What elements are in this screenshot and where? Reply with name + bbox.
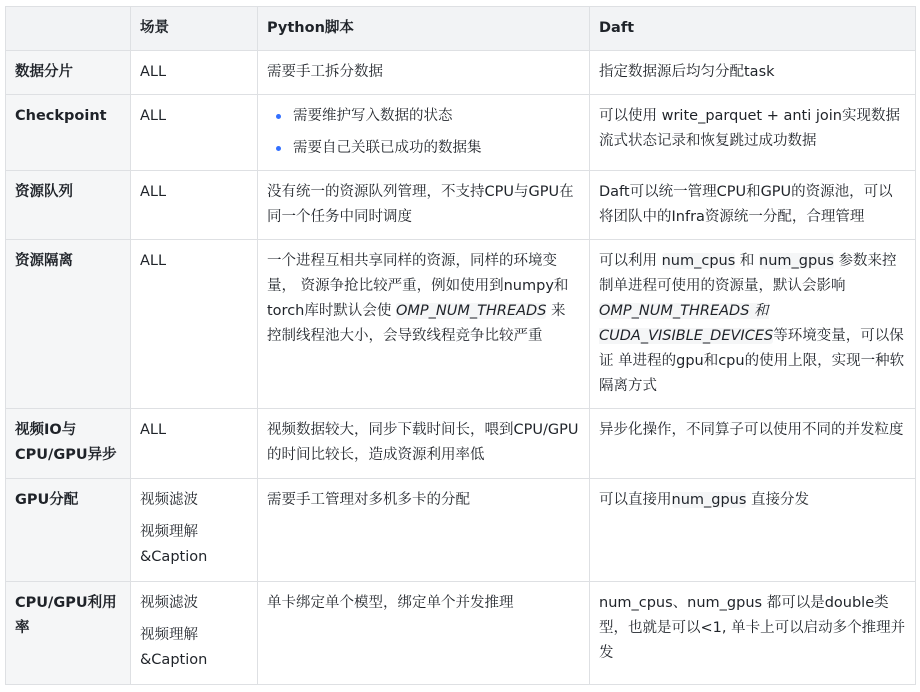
bullet-item: 需要自己关联已成功的数据集 xyxy=(267,136,580,161)
header-cell-python: Python脚本 xyxy=(258,7,590,51)
row-python-cell: 一个进程互相共享同样的资源，同样的环境变量， 资源争抢比较严重，例如使用到num… xyxy=(258,240,590,409)
row-feature-cell: GPU分配 xyxy=(6,479,131,582)
env-var-code: OMP_NUM_THREADS xyxy=(396,303,546,319)
table-row: 数据分片 ALL 需要手工拆分数据 指定数据源后均匀分配task xyxy=(6,51,916,95)
bullet-dot-icon xyxy=(276,146,281,151)
env-var-code: OMP_NUM_THREADS 和 CUDA_VISIBLE_DEVICES xyxy=(599,303,773,344)
row-python-cell: 需要手工管理对多机多卡的分配 xyxy=(258,479,590,582)
row-scenario-cell: ALL xyxy=(131,171,258,240)
row-scenario-cell: 视频滤波 视频理解&Caption xyxy=(131,582,258,685)
table-row: GPU分配 视频滤波 视频理解&Caption 需要手工管理对多机多卡的分配 可… xyxy=(6,479,916,582)
row-scenario-cell: 视频滤波 视频理解&Caption xyxy=(131,479,258,582)
row-python-cell: 单卡绑定单个模型，绑定单个并发推理 xyxy=(258,582,590,685)
table-row: Checkpoint ALL 需要维护写入数据的状态 需要自己关联已成功的数据集… xyxy=(6,95,916,171)
table-header-row: 场景 Python脚本 Daft xyxy=(6,7,916,51)
table-row: 视频IO与CPU/GPU异步 ALL 视频数据较大，同步下载时间长，喂到CPU/… xyxy=(6,409,916,479)
table-row: CPU/GPU利用率 视频滤波 视频理解&Caption 单卡绑定单个模型，绑定… xyxy=(6,582,916,685)
row-feature-cell: 数据分片 xyxy=(6,51,131,95)
header-cell-scenario: 场景 xyxy=(131,7,258,51)
row-daft-cell: 异步化操作，不同算子可以使用不同的并发粒度 xyxy=(590,409,916,479)
param-code: num_gpus xyxy=(672,492,747,508)
bullet-item: 需要维护写入数据的状态 xyxy=(267,104,580,129)
param-code: num_gpus xyxy=(759,253,834,269)
row-feature-cell: 资源队列 xyxy=(6,171,131,240)
table-row: 资源隔离 ALL 一个进程互相共享同样的资源，同样的环境变量， 资源争抢比较严重… xyxy=(6,240,916,409)
row-scenario-cell: ALL xyxy=(131,95,258,171)
param-code: num_cpus xyxy=(662,253,736,269)
row-daft-cell: 可以使用 write_parquet + anti join实现数据流式状态记录… xyxy=(590,95,916,171)
bullet-dot-icon xyxy=(276,114,281,119)
header-cell-feature xyxy=(6,7,131,51)
row-feature-cell: CPU/GPU利用率 xyxy=(6,582,131,685)
row-daft-cell: 指定数据源后均匀分配task xyxy=(590,51,916,95)
row-feature-cell: Checkpoint xyxy=(6,95,131,171)
row-python-cell: 需要手工拆分数据 xyxy=(258,51,590,95)
row-feature-cell: 视频IO与CPU/GPU异步 xyxy=(6,409,131,479)
row-daft-cell: 可以直接用num_gpus 直接分发 xyxy=(590,479,916,582)
row-python-cell: 视频数据较大，同步下载时间长，喂到CPU/GPU的时间比较长，造成资源利用率低 xyxy=(258,409,590,479)
row-python-cell: 没有统一的资源队列管理，不支持CPU与GPU在同一个任务中同时调度 xyxy=(258,171,590,240)
row-scenario-cell: ALL xyxy=(131,240,258,409)
row-daft-cell: Daft可以统一管理CPU和GPU的资源池，可以将团队中的Infra资源统一分配… xyxy=(590,171,916,240)
comparison-table: 场景 Python脚本 Daft 数据分片 ALL 需要手工拆分数据 指定数据源… xyxy=(5,6,916,685)
row-daft-cell: num_cpus、num_gpus 都可以是double类型，也就是可以<1, … xyxy=(590,582,916,685)
bullet-list: 需要维护写入数据的状态 需要自己关联已成功的数据集 xyxy=(267,104,580,161)
header-cell-daft: Daft xyxy=(590,7,916,51)
row-scenario-cell: ALL xyxy=(131,51,258,95)
row-feature-cell: 资源隔离 xyxy=(6,240,131,409)
row-scenario-cell: ALL xyxy=(131,409,258,479)
row-python-cell: 需要维护写入数据的状态 需要自己关联已成功的数据集 xyxy=(258,95,590,171)
table-row: 资源队列 ALL 没有统一的资源队列管理，不支持CPU与GPU在同一个任务中同时… xyxy=(6,171,916,240)
row-daft-cell: 可以利用 num_cpus 和 num_gpus 参数来控制单进程可使用的资源量… xyxy=(590,240,916,409)
